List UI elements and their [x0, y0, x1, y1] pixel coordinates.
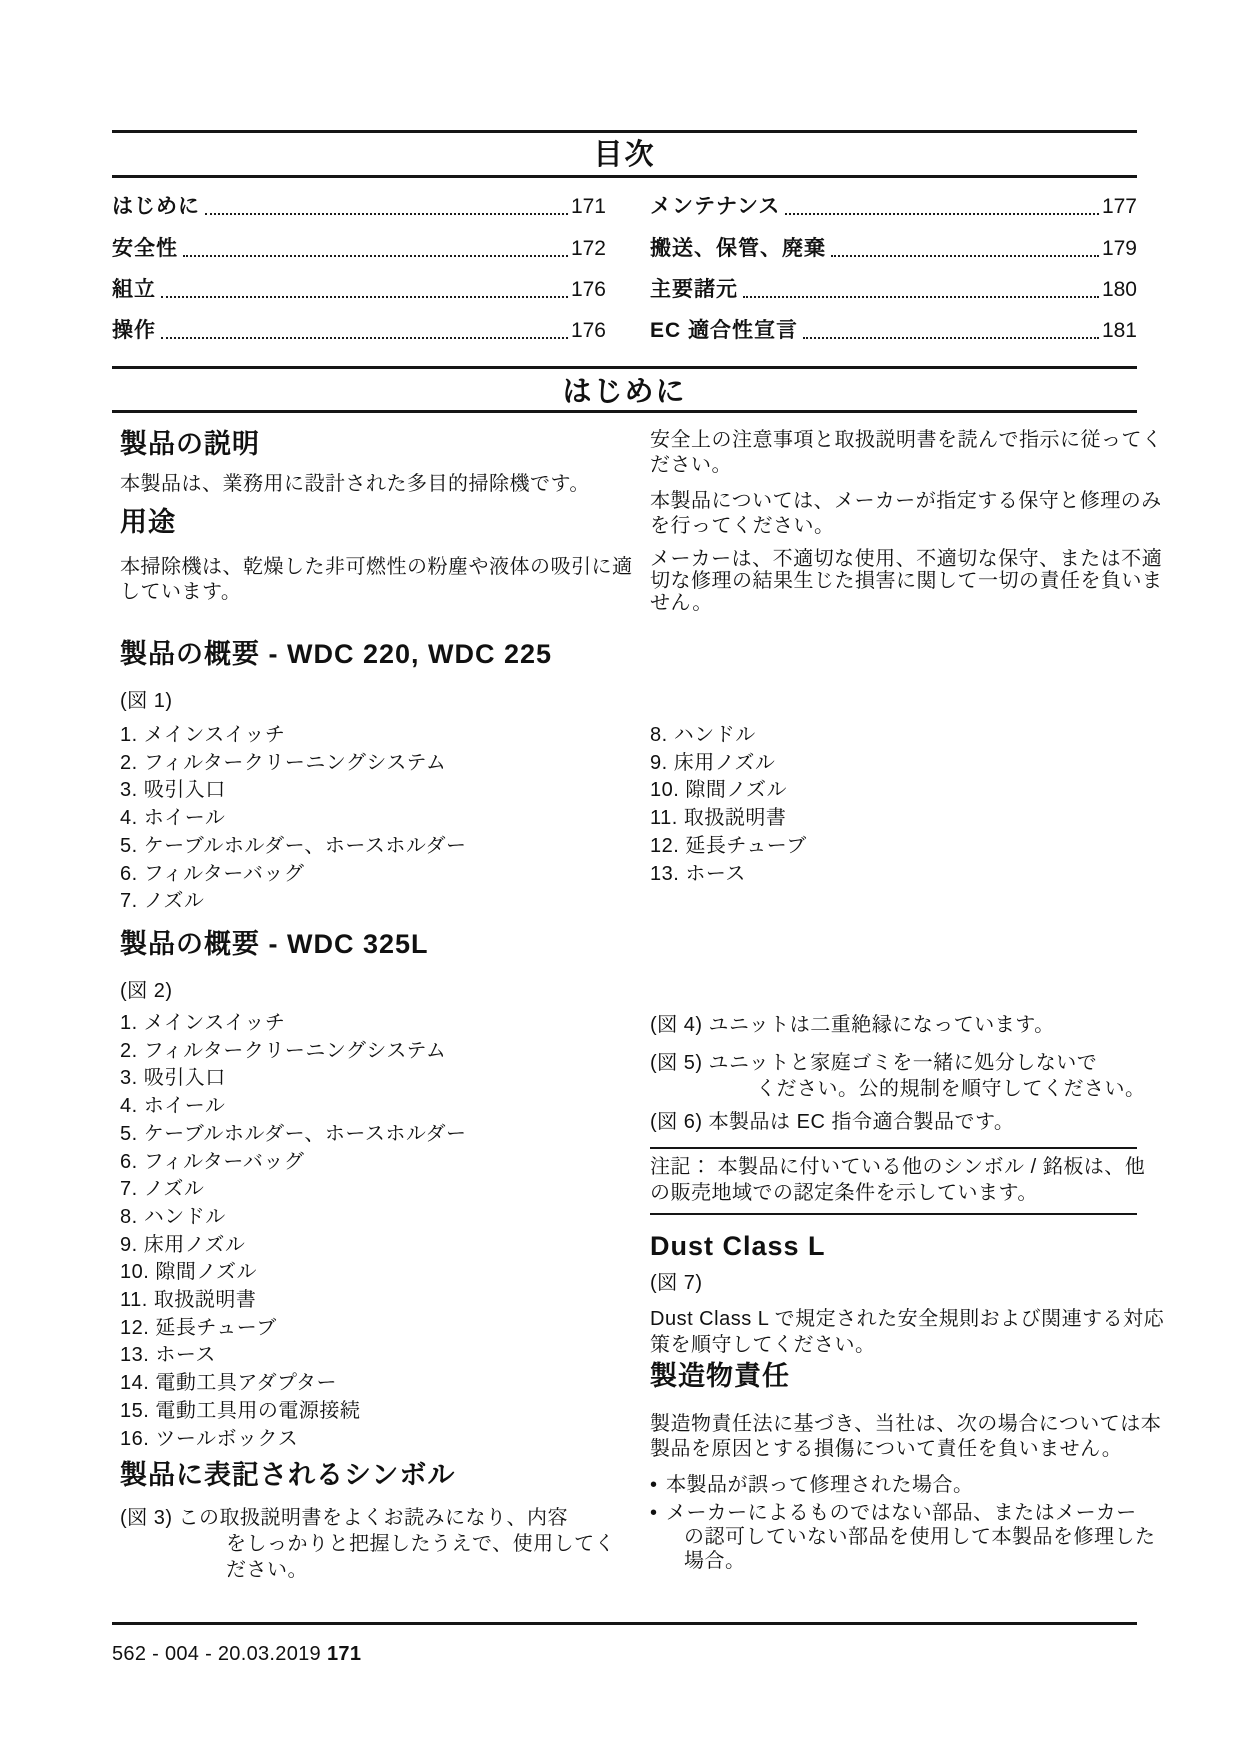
overview-220-list-right: 8. ハンドル 9. 床用ノズル 10. 隙間ノズル 11. 取扱説明書 12.…: [650, 722, 1137, 888]
divider-intro-top: [112, 366, 1137, 369]
body-line: 本掃除機は、乾燥した非可燃性の粉塵や液体の吸引に適: [120, 555, 614, 580]
body-line: メーカーは、不適切な使用、不適切な保守、または不適: [650, 548, 1137, 570]
product-description-text: 本製品は、業務用に設計された多目的掃除機です。: [120, 472, 614, 497]
toc-entry-page: 177: [1102, 195, 1137, 218]
body-line: 切な修理の結果生じた損害に関して一切の責任を負いま: [650, 570, 1137, 592]
toc-entry-page: 179: [1102, 237, 1137, 260]
heading-product-description: 製品の説明: [120, 429, 614, 459]
body-line: メーカーによるものではない部品、またはメーカー: [666, 1501, 1156, 1525]
toc-row: EC 適合性宣言 181: [650, 319, 1137, 342]
list-item: 13. ホース: [650, 861, 1137, 889]
dot-leader: [785, 213, 1099, 215]
body-line: 本製品については、メーカーが指定する保守と修理のみ: [650, 489, 1137, 514]
dot-leader: [743, 296, 1099, 298]
heading-liability: 製造物責任: [650, 1361, 1137, 1391]
footer-doc-id: 562 - 004 - 20.03.2019: [112, 1643, 321, 1665]
list-item: 13. ホース: [120, 1342, 614, 1370]
overview-220-list-left: 1. メインスイッチ 2. フィルタークリーニングシステム 3. 吸引入口 4.…: [120, 722, 614, 916]
heading-dust-class: Dust Class L: [650, 1231, 1137, 1261]
toc-row: 操作 176: [112, 319, 606, 342]
note-line: 注記： 本製品に付いている他のシンボル / 銘板は、他: [650, 1154, 1137, 1180]
body-line: 製品を原因とする損傷について責任を負いません。: [650, 1437, 1137, 1462]
toc-entry-label: はじめに: [112, 195, 200, 218]
list-item: 4. ホイール: [120, 805, 614, 833]
heading-symbols: 製品に表記されるシンボル: [120, 1460, 614, 1490]
toc-entry-page: 171: [571, 195, 606, 218]
list-item: 7. ノズル: [120, 888, 614, 916]
toc-row: 安全性 172: [112, 237, 606, 260]
divider-top: [112, 130, 1137, 133]
dot-leader: [161, 337, 568, 339]
dot-leader: [161, 296, 568, 298]
list-item: 3. 吸引入口: [120, 777, 614, 805]
toc-entry-label: EC 適合性宣言: [650, 319, 798, 342]
body-line: ください。公的規制を順守してください。: [756, 1076, 1137, 1102]
list-item: 2. フィルタークリーニングシステム: [120, 1038, 614, 1066]
dot-leader: [831, 255, 1099, 257]
list-item: 8. ハンドル: [650, 722, 1137, 750]
dot-leader: [205, 213, 568, 215]
intro-section-title: はじめに: [112, 377, 1137, 407]
bullet-icon: •: [650, 1501, 666, 1573]
list-item: 14. 電動工具アダプター: [120, 1370, 614, 1398]
bullet-item: • メーカーによるものではない部品、またはメーカー の認可していない部品を使用し…: [650, 1501, 1137, 1573]
note-line: の販売地域での認定条件を示しています。: [650, 1180, 1137, 1206]
list-item: 5. ケーブルホルダー、ホースホルダー: [120, 1121, 614, 1149]
safety-paragraph-1: 安全上の注意事項と取扱説明書を読んで指示に従ってく ださい。: [650, 428, 1137, 478]
overview-325-list: 1. メインスイッチ 2. フィルタークリーニングシステム 3. 吸引入口 4.…: [120, 1010, 614, 1453]
list-item: 5. ケーブルホルダー、ホースホルダー: [120, 833, 614, 861]
note-box: 注記： 本製品に付いている他のシンボル / 銘板は、他 の販売地域での認定条件を…: [650, 1147, 1137, 1215]
figure-ref-5-paragraph: (図 5) ユニットと家庭ゴミを一緒に処分しないで ください。公的規制を順守して…: [650, 1050, 1137, 1102]
liability-paragraph: 製造物責任法に基づき、当社は、次の場合については本 製品を原因とする損傷について…: [650, 1412, 1137, 1462]
body-line: の認可していない部品を使用して本製品を修理した: [684, 1525, 1156, 1549]
list-item: 7. ノズル: [120, 1176, 614, 1204]
divider-footer: [112, 1622, 1137, 1625]
heading-overview-wdc325: 製品の概要 - WDC 325L: [120, 929, 614, 959]
figure-ref-7: (図 7): [650, 1271, 703, 1295]
toc-title: 目次: [112, 140, 1137, 170]
list-item: 11. 取扱説明書: [650, 805, 1137, 833]
toc-entry-label: メンテナンス: [650, 195, 780, 218]
dot-leader: [803, 337, 1099, 339]
body-line: Dust Class L で規定された安全規則および関連する対応: [650, 1306, 1137, 1332]
intended-use-paragraph: 本掃除機は、乾燥した非可燃性の粉塵や液体の吸引に適 しています。: [120, 555, 614, 605]
bullet-text: メーカーによるものではない部品、またはメーカー の認可していない部品を使用して本…: [666, 1501, 1156, 1573]
body-line: 場合。: [684, 1549, 1156, 1573]
toc-entry-page: 172: [571, 237, 606, 260]
list-item: 11. 取扱説明書: [120, 1287, 614, 1315]
list-item: 9. 床用ノズル: [120, 1232, 614, 1260]
toc-row: 組立 176: [112, 278, 606, 301]
list-item: 6. フィルターバッグ: [120, 861, 614, 889]
figure-ref-2: (図 2): [120, 979, 173, 1003]
list-item: 2. フィルタークリーニングシステム: [120, 750, 614, 778]
heading-overview-wdc220: 製品の概要 - WDC 220, WDC 225: [120, 639, 614, 669]
list-item: 6. フィルターバッグ: [120, 1149, 614, 1177]
list-item: 15. 電動工具用の電源接続: [120, 1398, 614, 1426]
divider-intro-bottom: [112, 410, 1137, 413]
body-line: (図 3) この取扱説明書をよくお読みになり、内容: [120, 1505, 614, 1531]
list-item: 8. ハンドル: [120, 1204, 614, 1232]
toc-entry-page: 181: [1102, 319, 1137, 342]
toc-entry-page: 176: [571, 319, 606, 342]
body-line: 製造物責任法に基づき、当社は、次の場合については本: [650, 1412, 1137, 1437]
toc-row: メンテナンス 177: [650, 195, 1137, 218]
body-line: しています。: [120, 580, 614, 605]
dust-class-paragraph: Dust Class L で規定された安全規則および関連する対応 策を順守してく…: [650, 1306, 1137, 1358]
toc-row: 搬送、保管、廃棄 179: [650, 237, 1137, 260]
body-line: せん。: [650, 592, 1137, 614]
liability-bullet-list: • 本製品が誤って修理された場合。 • メーカーによるものではない部品、またはメ…: [650, 1473, 1137, 1577]
body-line: 策を順守してください。: [650, 1332, 1137, 1358]
bullet-icon: •: [650, 1473, 666, 1497]
toc-entry-label: 搬送、保管、廃棄: [650, 237, 826, 260]
figure-ref-6: (図 6) 本製品は EC 指令適合製品です。: [650, 1110, 1014, 1134]
footer: 562 - 004 - 20.03.2019171: [112, 1643, 361, 1666]
list-item: 1. メインスイッチ: [120, 722, 614, 750]
toc-entry-label: 主要諸元: [650, 278, 738, 301]
bullet-item: • 本製品が誤って修理された場合。: [650, 1473, 1137, 1497]
footer-page-number: 171: [327, 1643, 361, 1665]
body-line: を行ってください。: [650, 514, 1137, 539]
manual-page: 目次 はじめに 171 安全性 172 組立 176 操作 176 メンテナンス…: [0, 0, 1241, 1754]
list-item: 10. 隙間ノズル: [120, 1259, 614, 1287]
list-item: 10. 隙間ノズル: [650, 777, 1137, 805]
list-item: 4. ホイール: [120, 1093, 614, 1121]
figure-ref-4: (図 4) ユニットは二重絶縁になっています。: [650, 1013, 1055, 1037]
bullet-text: 本製品が誤って修理された場合。: [666, 1473, 974, 1497]
heading-intended-use: 用途: [120, 507, 614, 537]
toc-entry-label: 操作: [112, 319, 156, 342]
list-item: 16. ツールボックス: [120, 1426, 614, 1454]
list-item: 3. 吸引入口: [120, 1065, 614, 1093]
list-item: 9. 床用ノズル: [650, 750, 1137, 778]
body-line: 本製品が誤って修理された場合。: [666, 1473, 974, 1497]
body-line: ださい。: [226, 1557, 614, 1583]
toc-entry-page: 176: [571, 278, 606, 301]
list-item: 1. メインスイッチ: [120, 1010, 614, 1038]
dot-leader: [183, 255, 568, 257]
list-item: 12. 延長チューブ: [120, 1315, 614, 1343]
safety-paragraph-3: メーカーは、不適切な使用、不適切な保守、または不適 切な修理の結果生じた損害に関…: [650, 548, 1137, 614]
toc-entry-page: 180: [1102, 278, 1137, 301]
divider-toc-bottom: [112, 175, 1137, 178]
body-line: ださい。: [650, 453, 1137, 478]
list-item: 12. 延長チューブ: [650, 833, 1137, 861]
body-line: をしっかりと把握したうえで、使用してく: [226, 1531, 614, 1557]
figure-ref-3-paragraph: (図 3) この取扱説明書をよくお読みになり、内容 をしっかりと把握したうえで、…: [120, 1505, 614, 1583]
figure-ref-1: (図 1): [120, 689, 173, 713]
toc-row: 主要諸元 180: [650, 278, 1137, 301]
body-line: 安全上の注意事項と取扱説明書を読んで指示に従ってく: [650, 428, 1137, 453]
safety-paragraph-2: 本製品については、メーカーが指定する保守と修理のみ を行ってください。: [650, 489, 1137, 539]
toc-entry-label: 組立: [112, 278, 156, 301]
toc-entry-label: 安全性: [112, 237, 178, 260]
toc-row: はじめに 171: [112, 195, 606, 218]
body-line: (図 5) ユニットと家庭ゴミを一緒に処分しないで: [650, 1050, 1137, 1076]
